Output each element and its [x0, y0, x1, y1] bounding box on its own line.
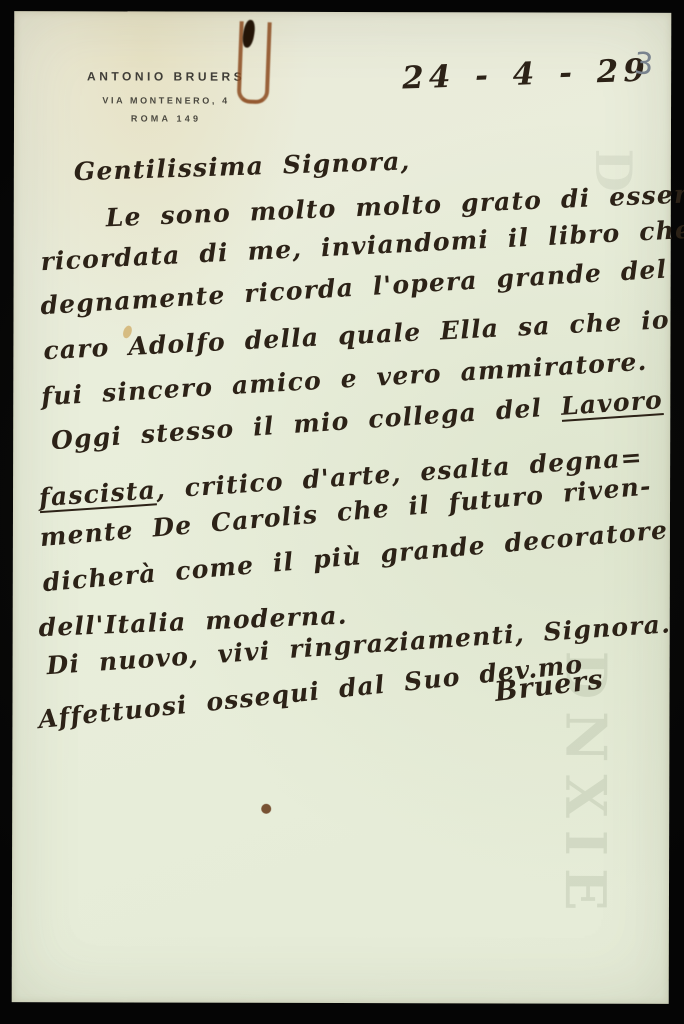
- ink-spot: [261, 804, 271, 814]
- pencil-page-number: 3: [633, 46, 655, 82]
- letterhead-city: ROMA 149: [50, 113, 282, 124]
- letter-line-salutation: Gentilissima Signora,: [73, 146, 410, 186]
- underlined-word-fascista: fascista: [38, 475, 157, 512]
- handwritten-date: 24 - 4 - 29: [402, 52, 651, 96]
- underlined-word-lavoro: Lavoro: [560, 385, 664, 421]
- scanned-letter-page: D DNXIE ANTONIO BRUERS VIA MONTENERO, 4 …: [0, 0, 684, 1024]
- letter-paper: D DNXIE ANTONIO BRUERS VIA MONTENERO, 4 …: [12, 11, 672, 1004]
